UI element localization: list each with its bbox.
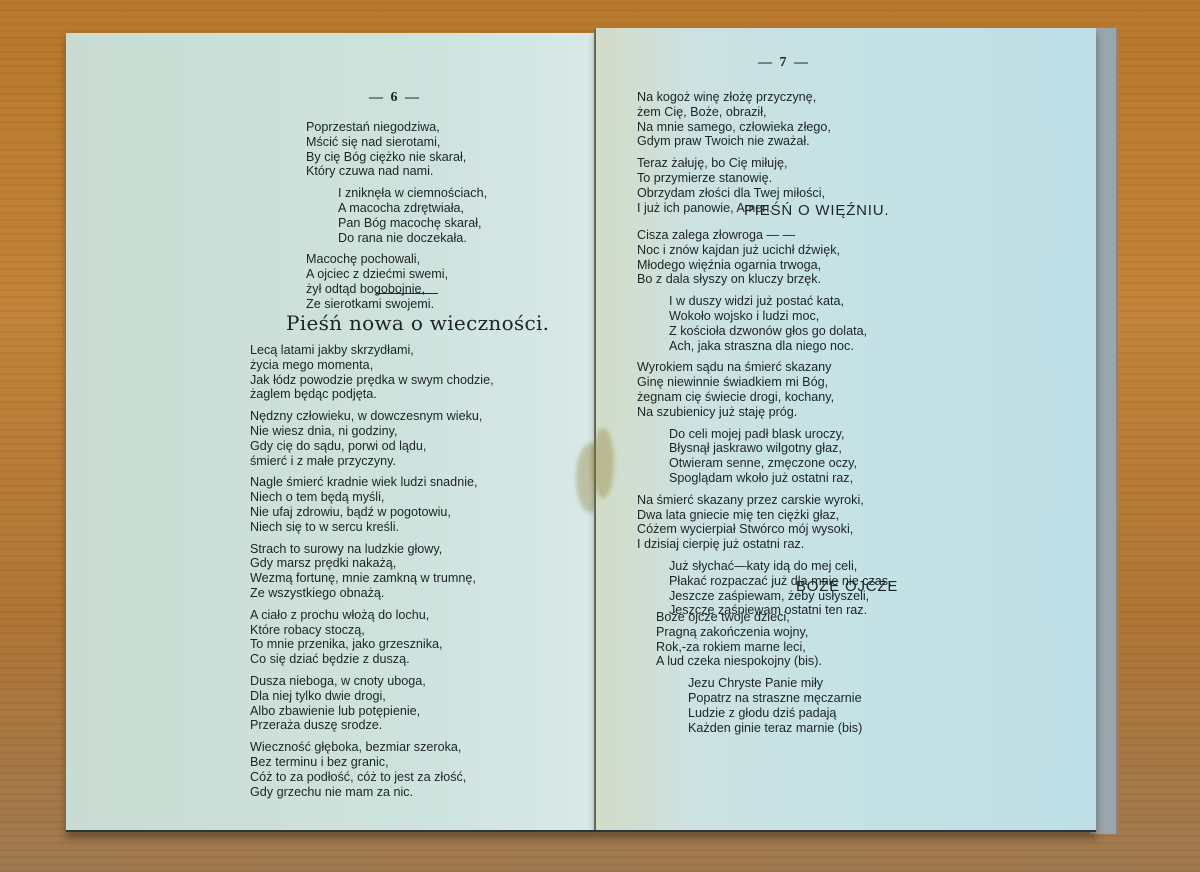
stanza: Na śmierć skazany przez carskie wyroki,D…: [637, 493, 892, 552]
verse-line: Popatrz na straszne męczarnie: [688, 691, 862, 706]
verse-line: Wokoło wojsko i ludzi moc,: [669, 309, 892, 324]
verse-line: Noc i znów kajdan już ucichł dźwięk,: [637, 243, 892, 258]
verse-line: Poprzestań niegodziwa,: [306, 120, 487, 135]
verse-line: Już słychać—katy idą do mej celi,: [669, 559, 892, 574]
verse-line: Gdy marsz prędki nakażą,: [250, 556, 494, 571]
stanza: Poprzestań niegodziwa,Mścić się nad sier…: [306, 120, 487, 179]
song-verses-piesn-o-wiezniu: Cisza zalega złowroga — —Noc i znów kajd…: [637, 228, 892, 625]
stanza: A ciało z prochu włożą do lochu,Które ro…: [250, 608, 494, 667]
verse-line: Niech o tem będą myśli,: [250, 490, 494, 505]
page-number-right: — 7 —: [758, 55, 810, 71]
left-opening-verses: Poprzestań niegodziwa,Mścić się nad sier…: [306, 120, 487, 319]
verse-line: Błysnął jaskrawo wilgotny głaz,: [669, 441, 892, 456]
verse-line: By cię Bóg ciężko nie skarał,: [306, 150, 487, 165]
verse-line: Rok,-za rokiem marne leci,: [656, 640, 862, 655]
verse-line: I w duszy widzi już postać kata,: [669, 294, 892, 309]
page-number-left: — 6 —: [369, 90, 421, 106]
verse-line: Do celi mojej padł blask uroczy,: [669, 427, 892, 442]
stanza: Nędzny człowieku, w dowczesnym wieku,Nie…: [250, 409, 494, 468]
paper-stain: [592, 428, 614, 498]
verse-line: Nagle śmierć kradnie wiek ludzi snadnie,: [250, 475, 494, 490]
verse-line: Pragną zakończenia wojny,: [656, 625, 862, 640]
verse-line: Albo zbawienie lub potępienie,: [250, 704, 494, 719]
verse-line: Dusza nieboga, w cnoty uboga,: [250, 674, 494, 689]
verse-line: Które robacy stoczą,: [250, 623, 494, 638]
verse-line: żył odtąd bogobojnie,: [306, 282, 487, 297]
verse-line: Bez terminu i bez granic,: [250, 755, 494, 770]
verse-line: A lud czeka niespokojny (bis).: [656, 654, 862, 669]
verse-line: Pan Bóg macochę skarał,: [338, 216, 487, 231]
verse-line: Lecą latami jakby skrzydłami,: [250, 343, 494, 358]
stanza: Nagle śmierć kradnie wiek ludzi snadnie,…: [250, 475, 494, 534]
verse-line: Gdy cię do sądu, porwi od lądu,: [250, 439, 494, 454]
stanza: Jezu Chryste Panie miłyPopatrz na strasz…: [656, 676, 862, 735]
stanza: I w duszy widzi już postać kata,Wokoło w…: [637, 294, 892, 353]
verse-line: Który czuwa nad nami.: [306, 164, 487, 179]
stanza: Na kogoż winę złożę przyczynę,żem Cię, B…: [637, 90, 831, 149]
stanza: I zniknęła w ciemnościach,A macocha zdrę…: [306, 186, 487, 245]
verse-line: Jezu Chryste Panie miły: [688, 676, 862, 691]
verse-line: Co się dziać będzie z duszą.: [250, 652, 494, 667]
verse-line: Nędzny człowieku, w dowczesnym wieku,: [250, 409, 494, 424]
stanza: Strach to surowy na ludzkie głowy,Gdy ma…: [250, 542, 494, 601]
verse-line: Mścić się nad sierotami,: [306, 135, 487, 150]
stanza: Dusza nieboga, w cnoty uboga,Dla niej ty…: [250, 674, 494, 733]
verse-line: I zniknęła w ciemnościach,: [338, 186, 487, 201]
verse-line: żaglem będąc podjęta.: [250, 387, 494, 402]
verse-line: Cisza zalega złowroga — —: [637, 228, 892, 243]
verse-line: Wezmą fortunę, mnie zamkną w trumnę,: [250, 571, 494, 586]
verse-line: Nie ufaj zdrowiu, bądź w pogotowiu,: [250, 505, 494, 520]
verse-line: żegnam cię świecie drogi, kochany,: [637, 390, 892, 405]
verse-line: Młodego więźnia ogarnia trwoga,: [637, 258, 892, 273]
right-page: — 7 — Na kogoż winę złożę przyczynę,żem …: [596, 28, 1096, 832]
verse-line: Do rana nie doczekała.: [338, 231, 487, 246]
verse-line: Otwieram senne, zmęczone oczy,: [669, 456, 892, 471]
left-page: — 6 — Poprzestań niegodziwa,Mścić się na…: [66, 33, 596, 832]
verse-line: Ludzie z głodu dziś padają: [688, 706, 862, 721]
verse-line: Boże ojcze twoje dzieci,: [656, 610, 862, 625]
verse-line: Dla niej tylko dwie drogi,: [250, 689, 494, 704]
song-verses-piesn-nowa: Lecą latami jakby skrzydłami,życia mego …: [250, 343, 494, 806]
verse-line: A ciało z prochu włożą do lochu,: [250, 608, 494, 623]
verse-line: Teraz żałuję, bo Cię miłuję,: [637, 156, 831, 171]
verse-line: życia mego momenta,: [250, 358, 494, 373]
stanza: Lecą latami jakby skrzydłami,życia mego …: [250, 343, 494, 402]
verse-line: Cóż to za podłość, cóż to jest za złość,: [250, 770, 494, 785]
verse-line: Na mnie samego, człowieka złego,: [637, 120, 831, 135]
song-title-boze-ojcze: BOŻE OJCZE: [796, 578, 898, 595]
verse-line: Obrzydam złości dla Twej miłości,: [637, 186, 831, 201]
verse-line: Nie wiesz dnia, ni godziny,: [250, 424, 494, 439]
stanza: Do celi mojej padł blask uroczy,Błysnął …: [637, 427, 892, 486]
verse-line: Niech się to w sercu kreśli.: [250, 520, 494, 535]
verse-line: Z kościoła dzwonów głos go dolata,: [669, 324, 892, 339]
verse-line: A macocha zdrętwiała,: [338, 201, 487, 216]
verse-line: Wyrokiem sądu na śmierć skazany: [637, 360, 892, 375]
verse-line: Ze wszystkiego obnażą.: [250, 586, 494, 601]
verse-line: I dzisiaj cierpię już ostatni raz.: [637, 537, 892, 552]
verse-line: Jak łódz powodzie prędka w swym chodzie,: [250, 373, 494, 388]
verse-line: żem Cię, Boże, obraził,: [637, 105, 831, 120]
verse-line: Dwa lata gniecie mię ten ciężki głaz,: [637, 508, 892, 523]
stanza: Wieczność głęboka, bezmiar szeroka,Bez t…: [250, 740, 494, 799]
stanza: Wyrokiem sądu na śmierć skazanyGinę niew…: [637, 360, 892, 419]
stanza: Macochę pochowali,A ojciec z dziećmi swe…: [306, 252, 487, 311]
verse-line: To przymierze stanowię.: [637, 171, 831, 186]
verse-line: Cóżem wycierpiał Stwórco mój wysoki,: [637, 522, 892, 537]
verse-line: Ze sierotkami swojemi.: [306, 297, 487, 312]
verse-line: A ojciec z dziećmi swemi,: [306, 267, 487, 282]
verse-line: Na szubienicy już staję próg.: [637, 405, 892, 420]
stanza: Boże ojcze twoje dzieci,Pragną zakończen…: [656, 610, 862, 669]
verse-line: Na śmierć skazany przez carskie wyroki,: [637, 493, 892, 508]
verse-line: Gdy grzechu nie mam za nic.: [250, 785, 494, 800]
verse-line: Na kogoż winę złożę przyczynę,: [637, 90, 831, 105]
verse-line: To mnie przenika, jako grzesznika,: [250, 637, 494, 652]
section-divider: [376, 293, 438, 294]
song-verses-boze-ojcze: Boże ojcze twoje dzieci,Pragną zakończen…: [656, 610, 862, 742]
verse-line: Przeraża duszę srodze.: [250, 718, 494, 733]
verse-line: Każden ginie teraz marnie (bis): [688, 721, 862, 736]
verse-line: Macochę pochowali,: [306, 252, 487, 267]
song-title-piesn-o-wiezniu: PIEŚŃ O WIĘŹNIU.: [744, 202, 889, 219]
verse-line: Wieczność głęboka, bezmiar szeroka,: [250, 740, 494, 755]
verse-line: Ginę niewinnie świadkiem mi Bóg,: [637, 375, 892, 390]
verse-line: Gdym praw Twoich nie zważał.: [637, 134, 831, 149]
song-title-piesn-nowa: Pieśń nowa o wieczności.: [286, 311, 549, 335]
verse-line: Spoglądam wkoło już ostatni raz,: [669, 471, 892, 486]
verse-line: Strach to surowy na ludzkie głowy,: [250, 542, 494, 557]
verse-line: Bo z dala słyszy on kluczy brzęk.: [637, 272, 892, 287]
verse-line: Ach, jaka straszna dla niego noc.: [669, 339, 892, 354]
stanza: Cisza zalega złowroga — —Noc i znów kajd…: [637, 228, 892, 287]
verse-line: śmierć i z małe przyczyny.: [250, 454, 494, 469]
